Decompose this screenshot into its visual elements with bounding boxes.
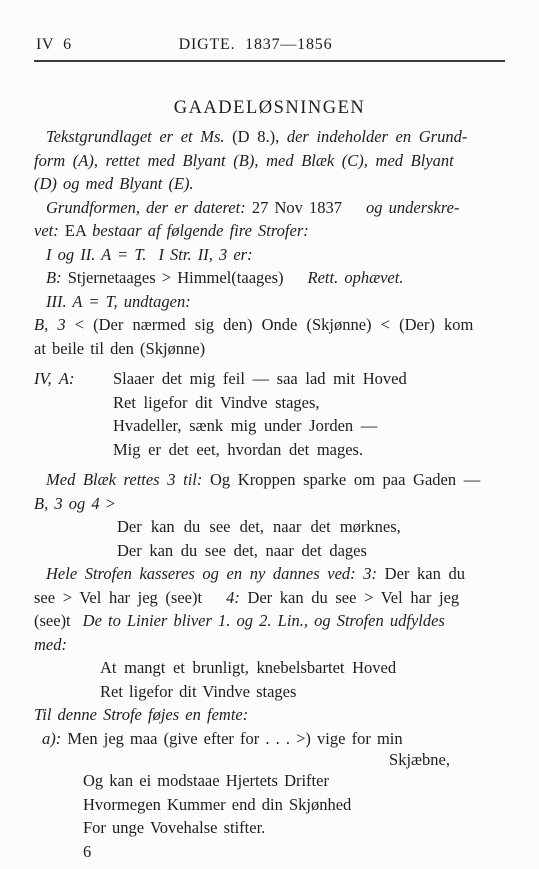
text-run: Stjernetaages > Himmel(taages): [68, 268, 284, 287]
text-run: B, 3: [34, 315, 75, 334]
text-line: Med Blæk rettes 3 til: Og Kroppen sparke…: [34, 468, 505, 492]
text-run: vet:: [34, 221, 65, 240]
text-run: For unge Vovehalse stifter.: [83, 818, 265, 837]
text-run: < (Der nærmed sig den) Onde (Skjønne) < …: [75, 315, 474, 334]
text-line: Mig er det eet, hvordan det mages.: [34, 438, 505, 462]
text-line: B, 3 og 4 >: [34, 492, 505, 516]
text-run: 4:: [226, 588, 247, 607]
text-line: Grundformen, der er dateret: 27 Nov 1837…: [34, 196, 505, 220]
text-run: Hele Strofen kasseres og en ny dannes ve…: [46, 564, 385, 583]
text-run: a):: [42, 729, 67, 748]
text-line: At mangt et brunligt, knebelsbartet Hove…: [34, 656, 505, 680]
text-run: bestaar af følgende fire Strofer:: [92, 221, 309, 240]
text-run: at beile til den (Skjønne): [34, 339, 205, 358]
text-body: Tekstgrundlaget er et Ms. (D 8.), der in…: [34, 125, 505, 840]
text-line: see > Vel har jeg (see)t4: Der kan du se…: [34, 586, 505, 610]
text-run: Tekstgrundlaget er et Ms.: [46, 127, 232, 146]
text-run: Rett. ophævet.: [308, 268, 404, 287]
text-run: Mig er det eet, hvordan det mages.: [113, 440, 363, 459]
text-run: og underskre-: [366, 198, 460, 217]
text-run: see > Vel har jeg (see)t: [34, 588, 202, 607]
text-line: Hvormegen Kummer end din Skjønhed: [34, 793, 505, 817]
line-gap: [34, 461, 505, 468]
text-run: At mangt et brunligt, knebelsbartet Hove…: [100, 658, 396, 677]
text-line: Skjæbne,: [34, 750, 505, 769]
text-line: III. A = T, undtagen:: [34, 290, 505, 314]
volume-page-ref: IV 6: [36, 36, 72, 54]
page-header: IV 6 DIGTE. 1837—1856: [34, 36, 505, 58]
text-run: B:: [46, 268, 68, 287]
text-run: Der kan du: [385, 564, 465, 583]
text-line: For unge Vovehalse stifter.: [34, 816, 505, 840]
text-line: form (A), rettet med Blyant (B), med Blæ…: [34, 149, 505, 173]
text-run: >: [106, 494, 115, 513]
text-run: III. A = T, undtagen:: [46, 292, 191, 311]
book-page: IV 6 DIGTE. 1837—1856 GAADELØSNINGEN Tek…: [0, 0, 539, 869]
text-run: Med Blæk rettes 3 til:: [46, 470, 210, 489]
text-line: Hvadeller, sænk mig under Jorden —: [34, 414, 505, 438]
text-line: (see)tDe to Linier bliver 1. og 2. Lin.,…: [34, 609, 505, 633]
text-run: IV, A:: [34, 367, 113, 391]
poem-title: GAADELØSNINGEN: [34, 98, 505, 119]
text-run: 27 Nov 1837: [252, 198, 342, 217]
text-line: B: Stjernetaages > Himmel(taages)Rett. o…: [34, 266, 505, 290]
text-run: B, 3 og 4: [34, 494, 106, 513]
text-line: I og II. A = T.I Str. II, 3 er:: [34, 243, 505, 267]
line-gap: [34, 360, 505, 367]
text-run: Og Kroppen sparke om paa Gaden —: [210, 470, 480, 489]
text-run: der indeholder en Grund-: [279, 127, 467, 146]
text-line: B, 3 < (Der nærmed sig den) Onde (Skjønn…: [34, 313, 505, 337]
text-line: IV, A:Slaaer det mig feil — saa lad mit …: [34, 367, 505, 391]
text-line: Ret ligefor dit Vindve stages: [34, 680, 505, 704]
text-line: Der kan du see det, naar det dages: [34, 539, 505, 563]
text-line: a): Men jeg maa (give efter for . . . >)…: [34, 727, 505, 751]
text-run: form (A), rettet med Blyant (B), med Blæ…: [34, 151, 454, 170]
text-run: Der kan du see det, naar det mørknes,: [117, 517, 401, 536]
text-run: I og II. A = T.: [46, 245, 146, 264]
text-run: Og kan ei modstaae Hjertets Drifter: [83, 771, 329, 790]
text-run: Skjæbne,: [389, 750, 450, 769]
text-run: Til denne Strofe føjes en femte:: [34, 705, 248, 724]
text-line: vet: EA bestaar af følgende fire Strofer…: [34, 219, 505, 243]
text-run: De to Linier bliver 1. og 2. Lin., og St…: [83, 611, 445, 630]
text-run: Hvormegen Kummer end din Skjønhed: [83, 795, 351, 814]
text-run: Der kan du see det, naar det dages: [117, 541, 367, 560]
text-line: Ret ligefor dit Vindve stages,: [34, 391, 505, 415]
text-line: Og kan ei modstaae Hjertets Drifter: [34, 769, 505, 793]
text-run: Ret ligefor dit Vindve stages: [100, 682, 296, 701]
text-run: (see)t: [34, 611, 71, 630]
text-run: Men jeg maa (give efter for . . . >) vig…: [67, 729, 402, 748]
text-line: (D) og med Blyant (E).: [34, 172, 505, 196]
text-run: Slaaer det mig feil — saa lad mit Hoved: [113, 369, 407, 388]
page-number: 6: [34, 840, 505, 864]
text-line: at beile til den (Skjønne): [34, 337, 505, 361]
text-run: EA: [65, 221, 92, 240]
text-run: Der kan du see > Vel har jeg: [247, 588, 459, 607]
text-line: Der kan du see det, naar det mørknes,: [34, 515, 505, 539]
running-title: DIGTE. 1837—1856: [179, 36, 333, 54]
text-line: Hele Strofen kasseres og en ny dannes ve…: [34, 562, 505, 586]
text-run: Grundformen, der er dateret:: [46, 198, 252, 217]
text-run: Hvadeller, sænk mig under Jorden —: [113, 416, 377, 435]
text-run: Ret ligefor dit Vindve stages,: [113, 393, 320, 412]
text-line: Tekstgrundlaget er et Ms. (D 8.), der in…: [34, 125, 505, 149]
text-run: I Str. II, 3 er:: [158, 245, 252, 264]
text-run: (D 8.),: [232, 127, 279, 146]
text-line: Til denne Strofe føjes en femte:: [34, 703, 505, 727]
text-line: med:: [34, 633, 505, 657]
header-rule: [34, 60, 505, 62]
text-run: med:: [34, 635, 67, 654]
text-run: (D) og med Blyant (E).: [34, 174, 194, 193]
